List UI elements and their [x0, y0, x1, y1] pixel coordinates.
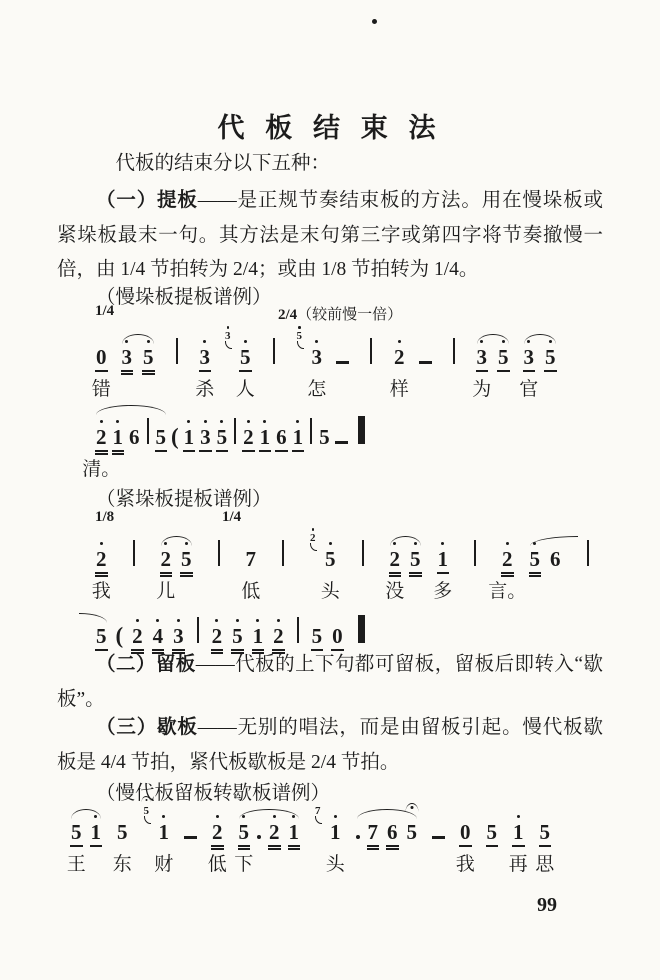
- score-ex2-line-1: 2我2儿57低52头2没51多2言。56: [95, 540, 599, 572]
- note-number: 2: [502, 547, 513, 571]
- slur: 56: [529, 549, 562, 577]
- jianpu-note: 5: [497, 347, 510, 372]
- octave-dot: [441, 542, 444, 545]
- note-number: 3: [477, 345, 488, 369]
- jianpu-note: 5: [529, 549, 542, 577]
- note-number: 1: [113, 425, 124, 449]
- jianpu-note: 0我: [459, 822, 472, 847]
- lyric: 多: [433, 581, 452, 604]
- jianpu-note: 1: [288, 822, 301, 850]
- note-number: 0: [96, 345, 107, 369]
- score-caption-3: （慢代板留板转歇板谱例）: [57, 777, 330, 805]
- jianpu-note: 5东: [116, 822, 129, 843]
- jianpu-note: 1: [259, 427, 272, 452]
- jianpu-note: 6: [549, 549, 562, 570]
- barline: [370, 338, 372, 364]
- jianpu-note: 5: [486, 822, 499, 847]
- section-lead-3: （三）歇板: [96, 717, 198, 738]
- lyric: 头: [326, 854, 345, 877]
- note-number: 0: [332, 624, 343, 648]
- note-number: 1: [289, 820, 300, 844]
- note-number: 3: [173, 624, 184, 648]
- note-number: 6: [387, 820, 398, 844]
- note-number: 1: [330, 820, 341, 844]
- scanned-book-page: 代 板 结 束 法 代板的结束分以下五种： （一）提板——是正规节奏结束板的方法…: [0, 0, 660, 980]
- grace-number: 5: [297, 330, 303, 342]
- octave-dot: [136, 619, 139, 622]
- jianpu-note: 3杀: [199, 347, 212, 372]
- jianpu-note: 3: [199, 427, 212, 452]
- ink-speck: [372, 19, 377, 24]
- octave-dot: [116, 420, 119, 423]
- octave-dot: [414, 542, 417, 545]
- dash-note: [184, 836, 197, 840]
- note-number: 1: [253, 624, 264, 648]
- jianpu-note: 15财: [158, 822, 171, 843]
- lyric: 再: [509, 854, 528, 877]
- octave-dot: [242, 815, 245, 818]
- note-number: 5: [407, 820, 418, 844]
- time-signature-change-value: 2/4: [278, 307, 297, 323]
- section-lead-1: （一）提板: [96, 190, 198, 211]
- note-number: 6: [550, 547, 561, 571]
- lyric: 错: [92, 379, 111, 402]
- jianpu-note: 7: [367, 822, 380, 850]
- octave-dot: [215, 619, 218, 622]
- note-number: 5: [117, 820, 128, 844]
- jianpu-note: 5下: [238, 822, 251, 850]
- octave-dot: [334, 815, 337, 818]
- lyric: 杀: [195, 379, 214, 402]
- jianpu-note: 5: [409, 549, 422, 577]
- lyric: 言。: [488, 581, 526, 604]
- jianpu-note: 3为: [476, 347, 489, 372]
- time-signature-change-note: （较前慢一倍）: [297, 307, 402, 323]
- lyric: 头: [321, 581, 340, 604]
- octave-dot: [94, 815, 97, 818]
- jianpu-note: 2没: [389, 549, 402, 577]
- note-number: 5: [71, 820, 82, 844]
- score-ex2-line-2: 5(243251250: [95, 615, 365, 647]
- parenthesis: (: [116, 624, 124, 647]
- note-number: 7: [246, 547, 257, 571]
- note-number: 7: [368, 820, 379, 844]
- octave-dot: [273, 815, 276, 818]
- note-number: 5: [487, 820, 498, 844]
- note-number: 5: [240, 345, 251, 369]
- time-signature-change: 1/4: [222, 509, 241, 526]
- note-number: 3: [524, 345, 535, 369]
- octave-dot: [177, 619, 180, 622]
- octave-dot: [527, 340, 530, 343]
- note-number: 1: [438, 547, 449, 571]
- jianpu-note: 1: [90, 822, 103, 847]
- note-number: 1: [91, 820, 102, 844]
- note-number: 1: [513, 820, 524, 844]
- grace-number: 2: [310, 532, 316, 544]
- barline: [310, 418, 312, 444]
- slur: 35: [121, 347, 155, 375]
- final-barline: [358, 416, 365, 444]
- intro-paragraph: 代板的结束分以下五种：: [57, 151, 603, 177]
- note-number: 5: [239, 820, 250, 844]
- barline: [273, 338, 275, 364]
- octave-dot: [156, 619, 159, 622]
- octave-dot: [227, 326, 230, 329]
- jianpu-note: 52头: [324, 549, 337, 570]
- jianpu-note: 6: [386, 822, 399, 850]
- parenthesis: (: [171, 425, 179, 448]
- note-number: 2: [212, 820, 223, 844]
- section-paragraph-2: （二）留板——代板的上下句都可留板，留板后即转入“歇板”。: [57, 648, 603, 717]
- dash-note: [335, 441, 348, 445]
- note-number: 3: [200, 425, 211, 449]
- octave-dot: [185, 542, 188, 545]
- note-number: 2: [269, 820, 280, 844]
- lyric: 东: [113, 854, 132, 877]
- barline: [297, 617, 299, 643]
- barline: [453, 338, 455, 364]
- jianpu-note: 2低: [211, 822, 224, 850]
- note-number: 3: [312, 345, 323, 369]
- section-paragraph-1: （一）提板——是正规节奏结束板的方法。用在慢垛板或紧垛板最末一句。其方法是末句第…: [57, 184, 603, 288]
- barline: [197, 617, 199, 643]
- slur: 765: [356, 822, 419, 850]
- grace-note: 5: [297, 331, 303, 342]
- grace-note: 3: [225, 331, 231, 342]
- grace-note: 7: [315, 806, 321, 817]
- octave-dot: [236, 619, 239, 622]
- note-number: 1: [260, 425, 271, 449]
- octave-dot: [100, 542, 103, 545]
- barline: [218, 540, 220, 566]
- octave-dot: [298, 326, 301, 329]
- octave-dot: [204, 420, 207, 423]
- note-number: 5: [143, 345, 154, 369]
- note-number: 2: [212, 624, 223, 648]
- note-number: 5: [217, 425, 228, 449]
- slur: 2没5: [389, 549, 422, 577]
- octave-dot: [100, 420, 103, 423]
- note-number: 3: [200, 345, 211, 369]
- jianpu-note: 5: [216, 427, 229, 452]
- time-signature-change-value: 1/4: [222, 509, 241, 525]
- octave-dot: [296, 420, 299, 423]
- note-number: 2: [394, 345, 405, 369]
- jianpu-note: 5思: [539, 822, 552, 847]
- slur: 2儿5: [160, 549, 193, 577]
- grace-note: 2: [310, 533, 316, 544]
- final-barline: [358, 615, 365, 643]
- note-number: 2: [273, 624, 284, 648]
- note-number: 5: [540, 820, 551, 844]
- jianpu-note: 6: [128, 427, 141, 448]
- octave-dot: [164, 542, 167, 545]
- octave-dot: [125, 340, 128, 343]
- jianpu-note: 2清。: [95, 427, 108, 455]
- lyric: 低: [208, 854, 227, 877]
- page-title: 代 板 结 束 法: [0, 106, 660, 145]
- octave-dot: [393, 542, 396, 545]
- note-number: 5: [319, 425, 330, 449]
- octave-dot: [263, 420, 266, 423]
- dash-note: [336, 361, 349, 365]
- grace-number: 5: [144, 805, 150, 817]
- time-signature-row-2: 1/8 1/4: [95, 509, 565, 529]
- jianpu-note: 7低: [245, 549, 258, 570]
- note-number: 2: [390, 547, 401, 571]
- octave-dot: [398, 340, 401, 343]
- octave-dot: [329, 542, 332, 545]
- note-number: 1: [159, 820, 170, 844]
- octave-dot: [312, 528, 315, 531]
- octave-dot: [216, 815, 219, 818]
- note-number: 5: [312, 624, 323, 648]
- lyric: 下: [234, 854, 253, 877]
- time-signature-left: 1/8: [95, 509, 114, 526]
- grace-number: 3: [225, 330, 231, 342]
- lyric: 儿: [156, 581, 175, 604]
- octave-dot: [315, 340, 318, 343]
- slur: 3官5: [523, 347, 557, 372]
- lyric: 没: [385, 581, 404, 604]
- barline: [147, 418, 149, 444]
- score-ex1-line-2: 2清。165(13521615: [95, 416, 365, 448]
- note-number: 6: [129, 425, 140, 449]
- note-number: 5: [181, 547, 192, 571]
- lyric: 低: [241, 581, 260, 604]
- augmentation-dot: [356, 835, 360, 839]
- octave-dot: [256, 619, 259, 622]
- jianpu-note: 3官: [523, 347, 536, 372]
- jianpu-note: 2: [268, 822, 281, 850]
- note-number: 5: [545, 345, 556, 369]
- lyric: 思: [535, 854, 554, 877]
- jianpu-note: 2: [242, 427, 255, 452]
- jianpu-note: 3: [121, 347, 134, 375]
- time-signature-left: 1/4: [95, 303, 114, 320]
- grace-number: 7: [315, 805, 321, 817]
- lyric: 样: [390, 379, 409, 402]
- jianpu-note: 1: [292, 427, 305, 452]
- octave-dot: [247, 420, 250, 423]
- page-number: 99: [537, 894, 557, 917]
- note-number: 4: [153, 624, 164, 648]
- octave-dot: [533, 542, 536, 545]
- slur: 3为5: [476, 347, 510, 372]
- octave-dot: [277, 619, 280, 622]
- jianpu-note: 5: [544, 347, 557, 372]
- barline: [176, 338, 178, 364]
- octave-dot: [480, 340, 483, 343]
- lyric: 怎: [307, 379, 326, 402]
- jianpu-note: 53人: [239, 347, 252, 372]
- jianpu-note: 5: [155, 427, 168, 452]
- score-caption-2: （紧垛板提板谱例）: [57, 483, 272, 511]
- jianpu-note: 1: [183, 427, 196, 452]
- slur: 2清。165: [95, 418, 167, 455]
- note-number: 5: [410, 547, 421, 571]
- score-ex1-line-1: 0错353杀53人35怎2样3为53官5: [95, 338, 557, 370]
- note-number: 1: [184, 425, 195, 449]
- octave-dot: [244, 340, 247, 343]
- note-number: 2: [132, 624, 143, 648]
- jianpu-note: 2儿: [160, 549, 173, 577]
- jianpu-note: 5王: [70, 822, 83, 847]
- barline: [133, 540, 135, 566]
- dash-note: [432, 836, 445, 840]
- barline: [234, 418, 236, 444]
- jianpu-note: 5: [142, 347, 155, 375]
- jianpu-note: 5: [180, 549, 193, 577]
- octave-dot: [203, 340, 206, 343]
- note-number: 5: [232, 624, 243, 648]
- note-number: 5: [325, 547, 336, 571]
- note-number: 0: [460, 820, 471, 844]
- lyric: 我: [92, 581, 111, 604]
- note-number: 5: [498, 345, 509, 369]
- slur: 5下21: [238, 822, 301, 850]
- note-number: 5: [530, 547, 541, 571]
- jianpu-note: 6: [275, 427, 288, 452]
- octave-dot: [292, 815, 295, 818]
- octave-dot: [549, 340, 552, 343]
- lyric: 清。: [82, 459, 120, 482]
- jianpu-note: 17头: [329, 822, 342, 843]
- augmentation-dot: [257, 835, 261, 839]
- lyric: 王: [67, 854, 86, 877]
- lyric: 为: [472, 379, 491, 402]
- jianpu-note: 2我: [95, 549, 108, 577]
- lyric: 我: [456, 854, 475, 877]
- score-ex3-line-1: 5王15东15财2低5下2117头7650我51再5思: [70, 822, 551, 854]
- jianpu-note: 35怎: [311, 347, 324, 368]
- octave-dot: [147, 340, 150, 343]
- note-number: 6: [276, 425, 287, 449]
- jianpu-note: 1再: [512, 822, 525, 847]
- octave-dot: [162, 815, 165, 818]
- octave-dot: [220, 420, 223, 423]
- jianpu-note: 1: [112, 427, 125, 455]
- lyric: 官: [519, 379, 538, 402]
- time-signature-row-1: 1/4 2/4（较前慢一倍）: [95, 303, 565, 323]
- barline: [587, 540, 589, 566]
- barline: [282, 540, 284, 566]
- dash-note: [419, 361, 432, 365]
- octave-dot: [187, 420, 190, 423]
- fermata: [142, 796, 151, 802]
- jianpu-note: 5: [406, 822, 419, 843]
- note-number: 1: [293, 425, 304, 449]
- note-number: 3: [122, 345, 133, 369]
- barline: [362, 540, 364, 566]
- fermata: [405, 803, 418, 812]
- section-paragraph-3: （三）歇板——无别的唱法，而是由留板引起。慢代板歇板是 4/4 节拍，紧代板歇板…: [57, 711, 603, 780]
- note-number: 2: [96, 425, 107, 449]
- octave-dot: [506, 542, 509, 545]
- section-lead-2: （二）留板: [96, 654, 196, 675]
- note-number: 2: [96, 547, 107, 571]
- slur: 5王1: [70, 822, 102, 847]
- note-number: 5: [96, 624, 107, 648]
- octave-dot: [502, 340, 505, 343]
- lyric: 财: [154, 854, 173, 877]
- barline: [474, 540, 476, 566]
- octave-dot: [517, 815, 520, 818]
- jianpu-note: 2言。: [501, 549, 514, 577]
- note-number: 2: [243, 425, 254, 449]
- time-signature-change: 2/4（较前慢一倍）: [278, 303, 402, 324]
- lyric: 人: [236, 379, 255, 402]
- jianpu-note: 5: [318, 427, 331, 448]
- jianpu-note: 0错: [95, 347, 108, 372]
- note-number: 5: [156, 425, 167, 449]
- jianpu-note: 1多: [437, 549, 450, 574]
- note-number: 2: [161, 547, 172, 571]
- jianpu-note: 2样: [393, 347, 406, 368]
- grace-note: 5: [144, 806, 150, 817]
